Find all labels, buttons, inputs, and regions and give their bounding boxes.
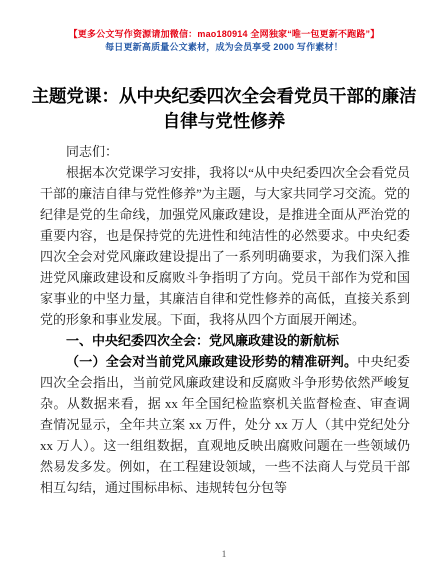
section-1-lead-sentence: （一）全会对当前党风廉政建设形势的精准研判。 <box>66 354 357 369</box>
section-1-paragraph-text: 中央纪委四次全会指出，当前党风廉政建设和反腐败斗争形势依然严峻复杂。从数据来看，… <box>40 354 410 495</box>
page-number: 1 <box>0 550 448 560</box>
section-1-heading: 一、中央纪委四次全会：党风廉政建设的新航标 <box>40 330 410 351</box>
document-title: 主题党课：从中央纪委四次全会看党员干部的廉洁自律与党性修养 <box>30 84 418 134</box>
section-1-paragraph: （一）全会对当前党风廉政建设形势的精准研判。中央纪委四次全会指出，当前党风廉政建… <box>40 351 410 498</box>
header-advert-line1: 【更多公文写作资源请加微信：mao180914 全网独家“唯一包更新不跑路”】 <box>0 28 448 41</box>
header-advert-line2: 每日更新高质量公文素材，成为会员享受 2000 写作素材！ <box>0 41 448 54</box>
document-body: 同志们： 根据本次党课学习安排，我将以“从中央纪委四次全会看党员干部的廉洁自律与… <box>40 141 410 498</box>
header-advert: 【更多公文写作资源请加微信：mao180914 全网独家“唯一包更新不跑路”】 … <box>0 28 448 54</box>
intro-paragraph: 根据本次党课学习安排，我将以“从中央纪委四次全会看党员干部的廉洁自律与党性修养”… <box>40 162 410 330</box>
document-page: 【更多公文写作资源请加微信：mao180914 全网独家“唯一包更新不跑路”】 … <box>0 0 448 580</box>
salutation: 同志们： <box>40 141 410 162</box>
